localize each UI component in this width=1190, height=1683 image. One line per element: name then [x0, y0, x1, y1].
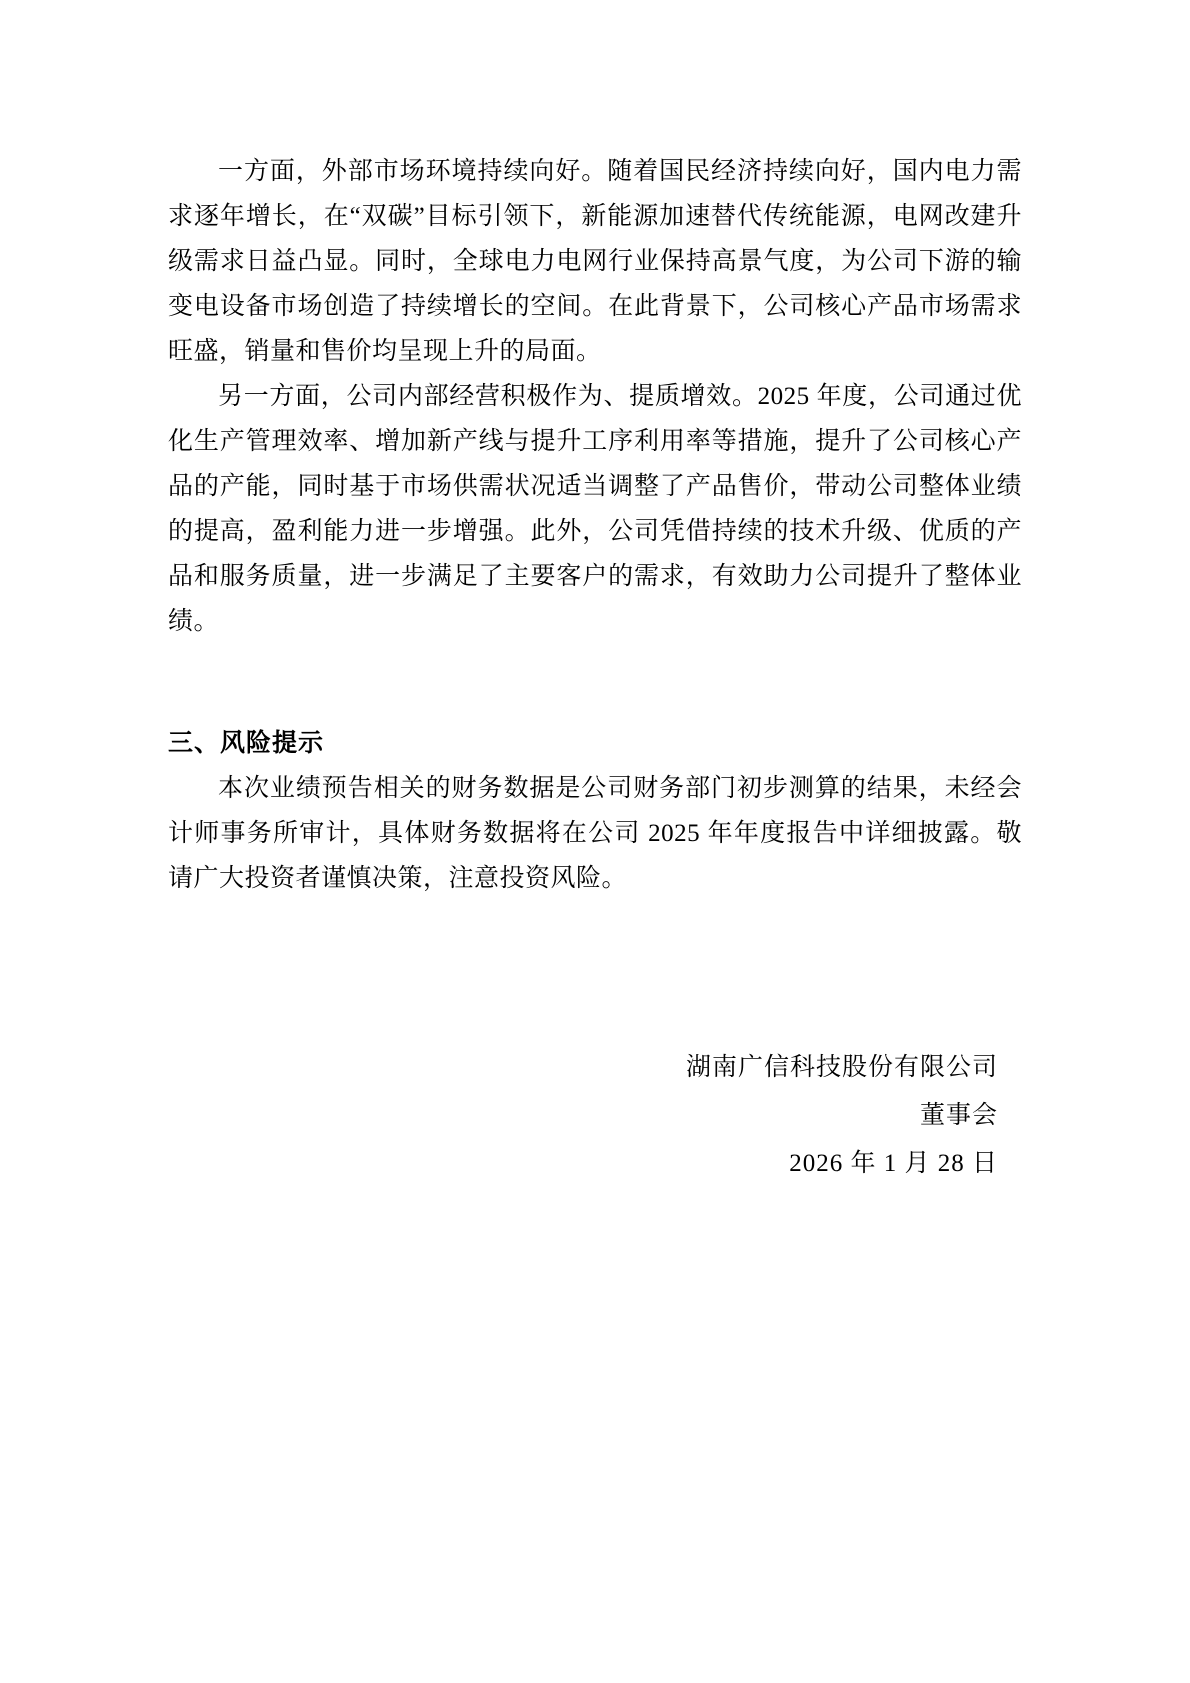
section-heading-risk: 三、风险提示	[168, 721, 1022, 766]
paragraph-market-environment: 一方面，外部市场环境持续向好。随着国民经济持续向好，国内电力需求逐年增长，在“双…	[168, 149, 1022, 374]
signature-board-of-directors: 董事会	[168, 1092, 998, 1140]
signature-date: 2026 年 1 月 28 日	[168, 1140, 998, 1188]
paragraph-internal-operations: 另一方面，公司内部经营积极作为、提质增效。2025 年度，公司通过优化生产管理效…	[168, 374, 1022, 644]
document-page: 一方面，外部市场环境持续向好。随着国民经济持续向好，国内电力需求逐年增长，在“双…	[0, 0, 1190, 1683]
signature-company-name: 湖南广信科技股份有限公司	[168, 1044, 998, 1092]
paragraph-risk-statement: 本次业绩预告相关的财务数据是公司财务部门初步测算的结果，未经会计师事务所审计，具…	[168, 766, 1022, 901]
document-body: 一方面，外部市场环境持续向好。随着国民经济持续向好，国内电力需求逐年增长，在“双…	[168, 149, 1022, 1188]
signature-block: 湖南广信科技股份有限公司 董事会 2026 年 1 月 28 日	[168, 1044, 1022, 1188]
